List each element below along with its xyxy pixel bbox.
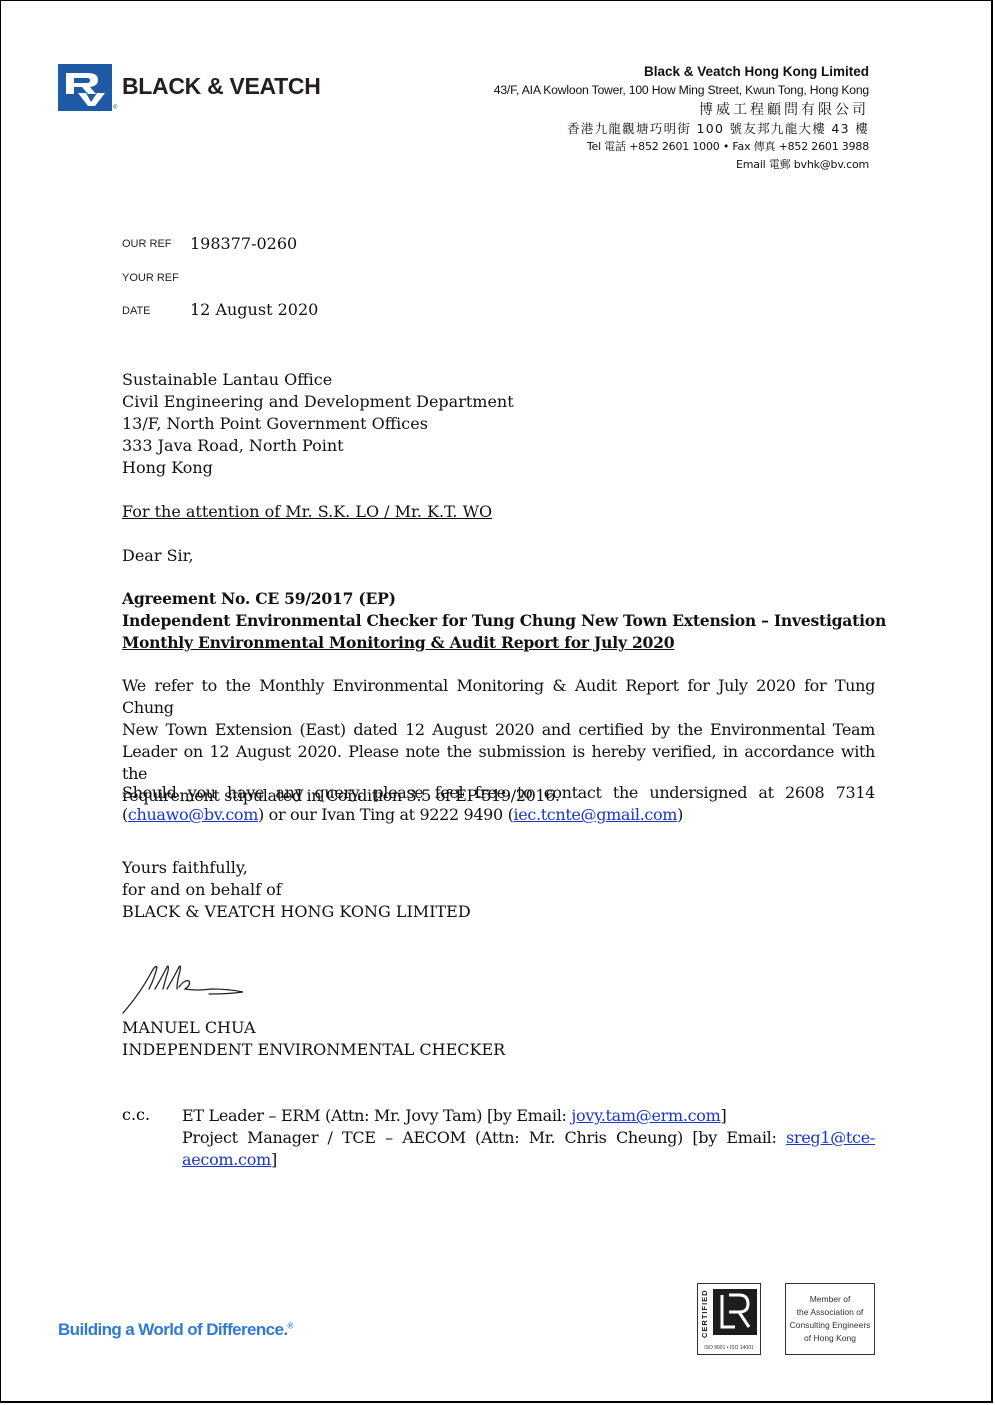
- header-address-en: 43/F, AIA Kowloon Tower, 100 How Ming St…: [494, 83, 869, 97]
- acec-line: Member of: [790, 1293, 871, 1306]
- subject-report: Monthly Environmental Monitoring & Audit…: [122, 632, 875, 654]
- header-email: Email 電郵 bvhk@bv.com: [736, 156, 869, 172]
- cc-entry-text: ET Leader – ERM (Attn: Mr. Jovy Tam) [by…: [182, 1106, 571, 1125]
- signatory-title: INDEPENDENT ENVIRONMENTAL CHECKER: [122, 1039, 875, 1061]
- email-link-chuawo[interactable]: chuawo@bv.com: [128, 805, 258, 824]
- company-logo-text: BLACK & VEATCH: [122, 73, 321, 100]
- lr-iso-text: ISO 9001 • ISO 14001: [699, 1345, 759, 1351]
- lr-certified-badge: CERTIFIED ISO 9001 • ISO 14001: [697, 1283, 761, 1355]
- recipient-line: 13/F, North Point Government Offices: [122, 413, 875, 435]
- paragraph-text: ) or our Ivan Ting at 9222 9490 (: [258, 805, 513, 824]
- closing-block: Yours faithfully, for and on behalf of B…: [122, 857, 875, 923]
- registered-mark: ®: [288, 1321, 293, 1330]
- email-link-jovy[interactable]: jovy.tam@erm.com: [571, 1106, 720, 1125]
- our-ref-label: OUR REF: [122, 238, 172, 250]
- signatory-name: MANUEL CHUA: [122, 1017, 875, 1039]
- closing-line: Yours faithfully,: [122, 857, 875, 879]
- paragraph-line: (chuawo@bv.com) or our Ivan Ting at 9222…: [122, 804, 875, 826]
- lr-certified-text: CERTIFIED: [700, 1288, 712, 1340]
- body-paragraph-2: Should you have any query, please feel f…: [122, 782, 875, 826]
- letter-page: ® BLACK & VEATCH Black & Veatch Hong Kon…: [0, 0, 993, 1403]
- cc-entry: Project Manager / TCE – AECOM (Attn: Mr.…: [182, 1127, 875, 1149]
- header-company-zh: 博威工程顧問有限公司: [699, 99, 869, 119]
- email-link-sreg1[interactable]: sreg1@tce-: [786, 1128, 875, 1147]
- subject-project: Independent Environmental Checker for Tu…: [122, 610, 875, 632]
- email-link-iec[interactable]: iec.tcnte@gmail.com: [513, 805, 677, 824]
- email-link-sreg1-cont[interactable]: aecom.com: [182, 1150, 271, 1169]
- cc-list: ET Leader – ERM (Attn: Mr. Jovy Tam) [by…: [182, 1105, 875, 1171]
- cc-entry-text: Project Manager / TCE – AECOM (Attn: Mr.…: [182, 1128, 786, 1147]
- acec-line: Consulting Engineers: [790, 1319, 871, 1332]
- lr-logo-icon: [713, 1289, 757, 1335]
- recipient-line: 333 Java Road, North Point: [122, 435, 875, 457]
- acec-line: of Hong Kong: [790, 1332, 871, 1345]
- bracket: ]: [721, 1106, 727, 1125]
- acec-line: the Association of: [790, 1306, 871, 1319]
- date-value: 12 August 2020: [190, 300, 318, 319]
- paragraph-line: Leader on 12 August 2020. Please note th…: [122, 741, 875, 785]
- closing-company: BLACK & VEATCH HONG KONG LIMITED: [122, 901, 875, 923]
- signatory-block: MANUEL CHUA INDEPENDENT ENVIRONMENTAL CH…: [122, 1017, 875, 1061]
- signature-icon: [119, 959, 249, 1017]
- recipient-line: Hong Kong: [122, 457, 875, 479]
- attention-line: For the attention of Mr. S.K. LO / Mr. K…: [122, 501, 875, 523]
- paren: ): [677, 805, 683, 824]
- attention-text: For the attention of Mr. S.K. LO / Mr. K…: [122, 502, 492, 521]
- footer-tagline: Building a World of Difference.®: [58, 1320, 293, 1340]
- salutation: Dear Sir,: [122, 545, 875, 567]
- cc-entry-continuation: aecom.com]: [182, 1149, 875, 1171]
- date-label: DATE: [122, 305, 151, 317]
- our-ref-value: 198377-0260: [190, 234, 297, 253]
- bracket: ]: [271, 1150, 277, 1169]
- recipient-line: Civil Engineering and Development Depart…: [122, 391, 875, 413]
- acec-member-badge: Member of the Association of Consulting …: [785, 1283, 875, 1355]
- paragraph-line: We refer to the Monthly Environmental Mo…: [122, 675, 875, 719]
- recipient-address: Sustainable Lantau Office Civil Engineer…: [122, 369, 875, 479]
- your-ref-label: YOUR REF: [122, 272, 179, 284]
- subject-agreement: Agreement No. CE 59/2017 (EP): [122, 588, 875, 610]
- paragraph-line: Should you have any query, please feel f…: [122, 782, 875, 804]
- header-tel-fax: Tel 電話 +852 2601 1000 • Fax 傳真 +852 2601…: [587, 138, 869, 154]
- cc-entry: ET Leader – ERM (Attn: Mr. Jovy Tam) [by…: [182, 1105, 875, 1127]
- bv-monogram-icon: [58, 64, 112, 111]
- cc-label: c.c.: [122, 1105, 150, 1124]
- recipient-line: Sustainable Lantau Office: [122, 369, 875, 391]
- tagline-text: Building a World of Difference.: [58, 1320, 288, 1339]
- closing-line: for and on behalf of: [122, 879, 875, 901]
- header-address-zh: 香港九龍觀塘巧明街 100 號友邦九龍大樓 43 樓: [567, 119, 869, 137]
- registered-mark: ®: [113, 105, 117, 111]
- paragraph-line: New Town Extension (East) dated 12 Augus…: [122, 719, 875, 741]
- subject-block: Agreement No. CE 59/2017 (EP) Independen…: [122, 588, 875, 654]
- header-company-name: Black & Veatch Hong Kong Limited: [644, 64, 869, 79]
